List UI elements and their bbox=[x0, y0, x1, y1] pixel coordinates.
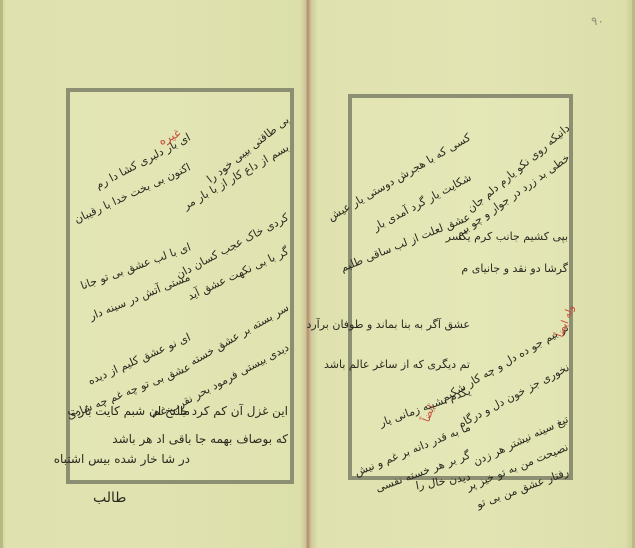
couplet-line: بپی کشیم جانب کرم یکسر bbox=[446, 230, 568, 243]
book-gutter bbox=[306, 0, 310, 548]
left-page-edge bbox=[0, 0, 3, 548]
couplet-line: در شا خار شده بیس اشتباه bbox=[54, 452, 190, 466]
couplet-line: گرشا دو نقد و جانیای م bbox=[461, 262, 568, 275]
catchword: طالب bbox=[93, 490, 126, 506]
couplet-line: ما نخ ان شبم کایت بارت bbox=[67, 404, 190, 418]
couplet-line: تم دیگری که از ساغر عالم باشد bbox=[324, 358, 470, 371]
folio-number: ۹۰ bbox=[591, 14, 604, 28]
couplet-line: عشق آگر به بنا بماند و طوفان برآرد bbox=[306, 318, 470, 331]
couplet-line: که بوصاف بهمه جا باقی اد هر باشد bbox=[112, 432, 288, 446]
